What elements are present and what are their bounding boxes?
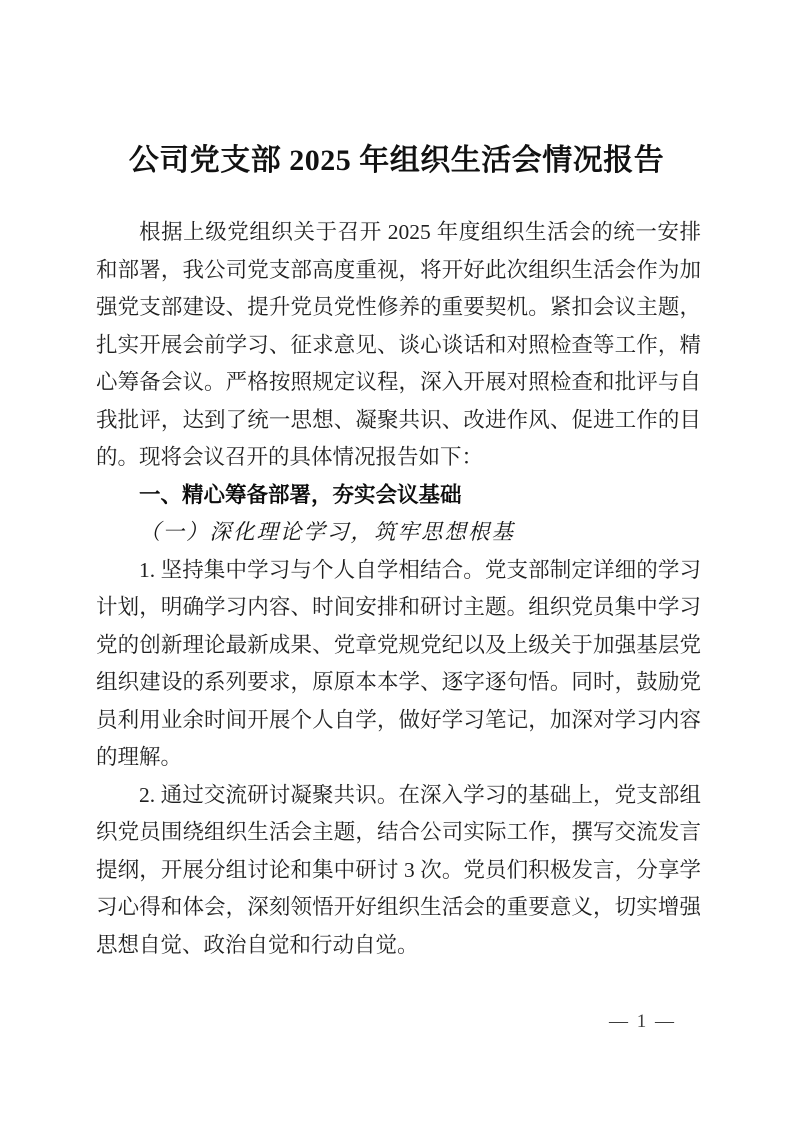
- numbered-paragraph-1: 1. 坚持集中学习与个人自学相结合。党支部制定详细的学习计划，明确学习内容、时间…: [96, 552, 701, 777]
- document-page: 公司党支部 2025 年组织生活会情况报告 根据上级党组织关于召开 2025 年…: [0, 0, 793, 1122]
- numbered-paragraph-2: 2. 通过交流研讨凝聚共识。在深入学习的基础上，党支部组织党员围绕组织生活会主题…: [96, 777, 701, 965]
- document-title: 公司党支部 2025 年组织生活会情况报告: [0, 140, 793, 182]
- section-heading-level2: （一）深化理论学习，筑牢思想根基: [96, 514, 701, 552]
- intro-paragraph: 根据上级党组织关于召开 2025 年度组织生活会的统一安排和部署，我公司党支部高…: [96, 214, 701, 477]
- document-body: 根据上级党组织关于召开 2025 年度组织生活会的统一安排和部署，我公司党支部高…: [96, 214, 701, 964]
- page-number: — 1 —: [609, 1011, 676, 1033]
- section-heading-level1: 一、精心筹备部署，夯实会议基础: [96, 477, 701, 515]
